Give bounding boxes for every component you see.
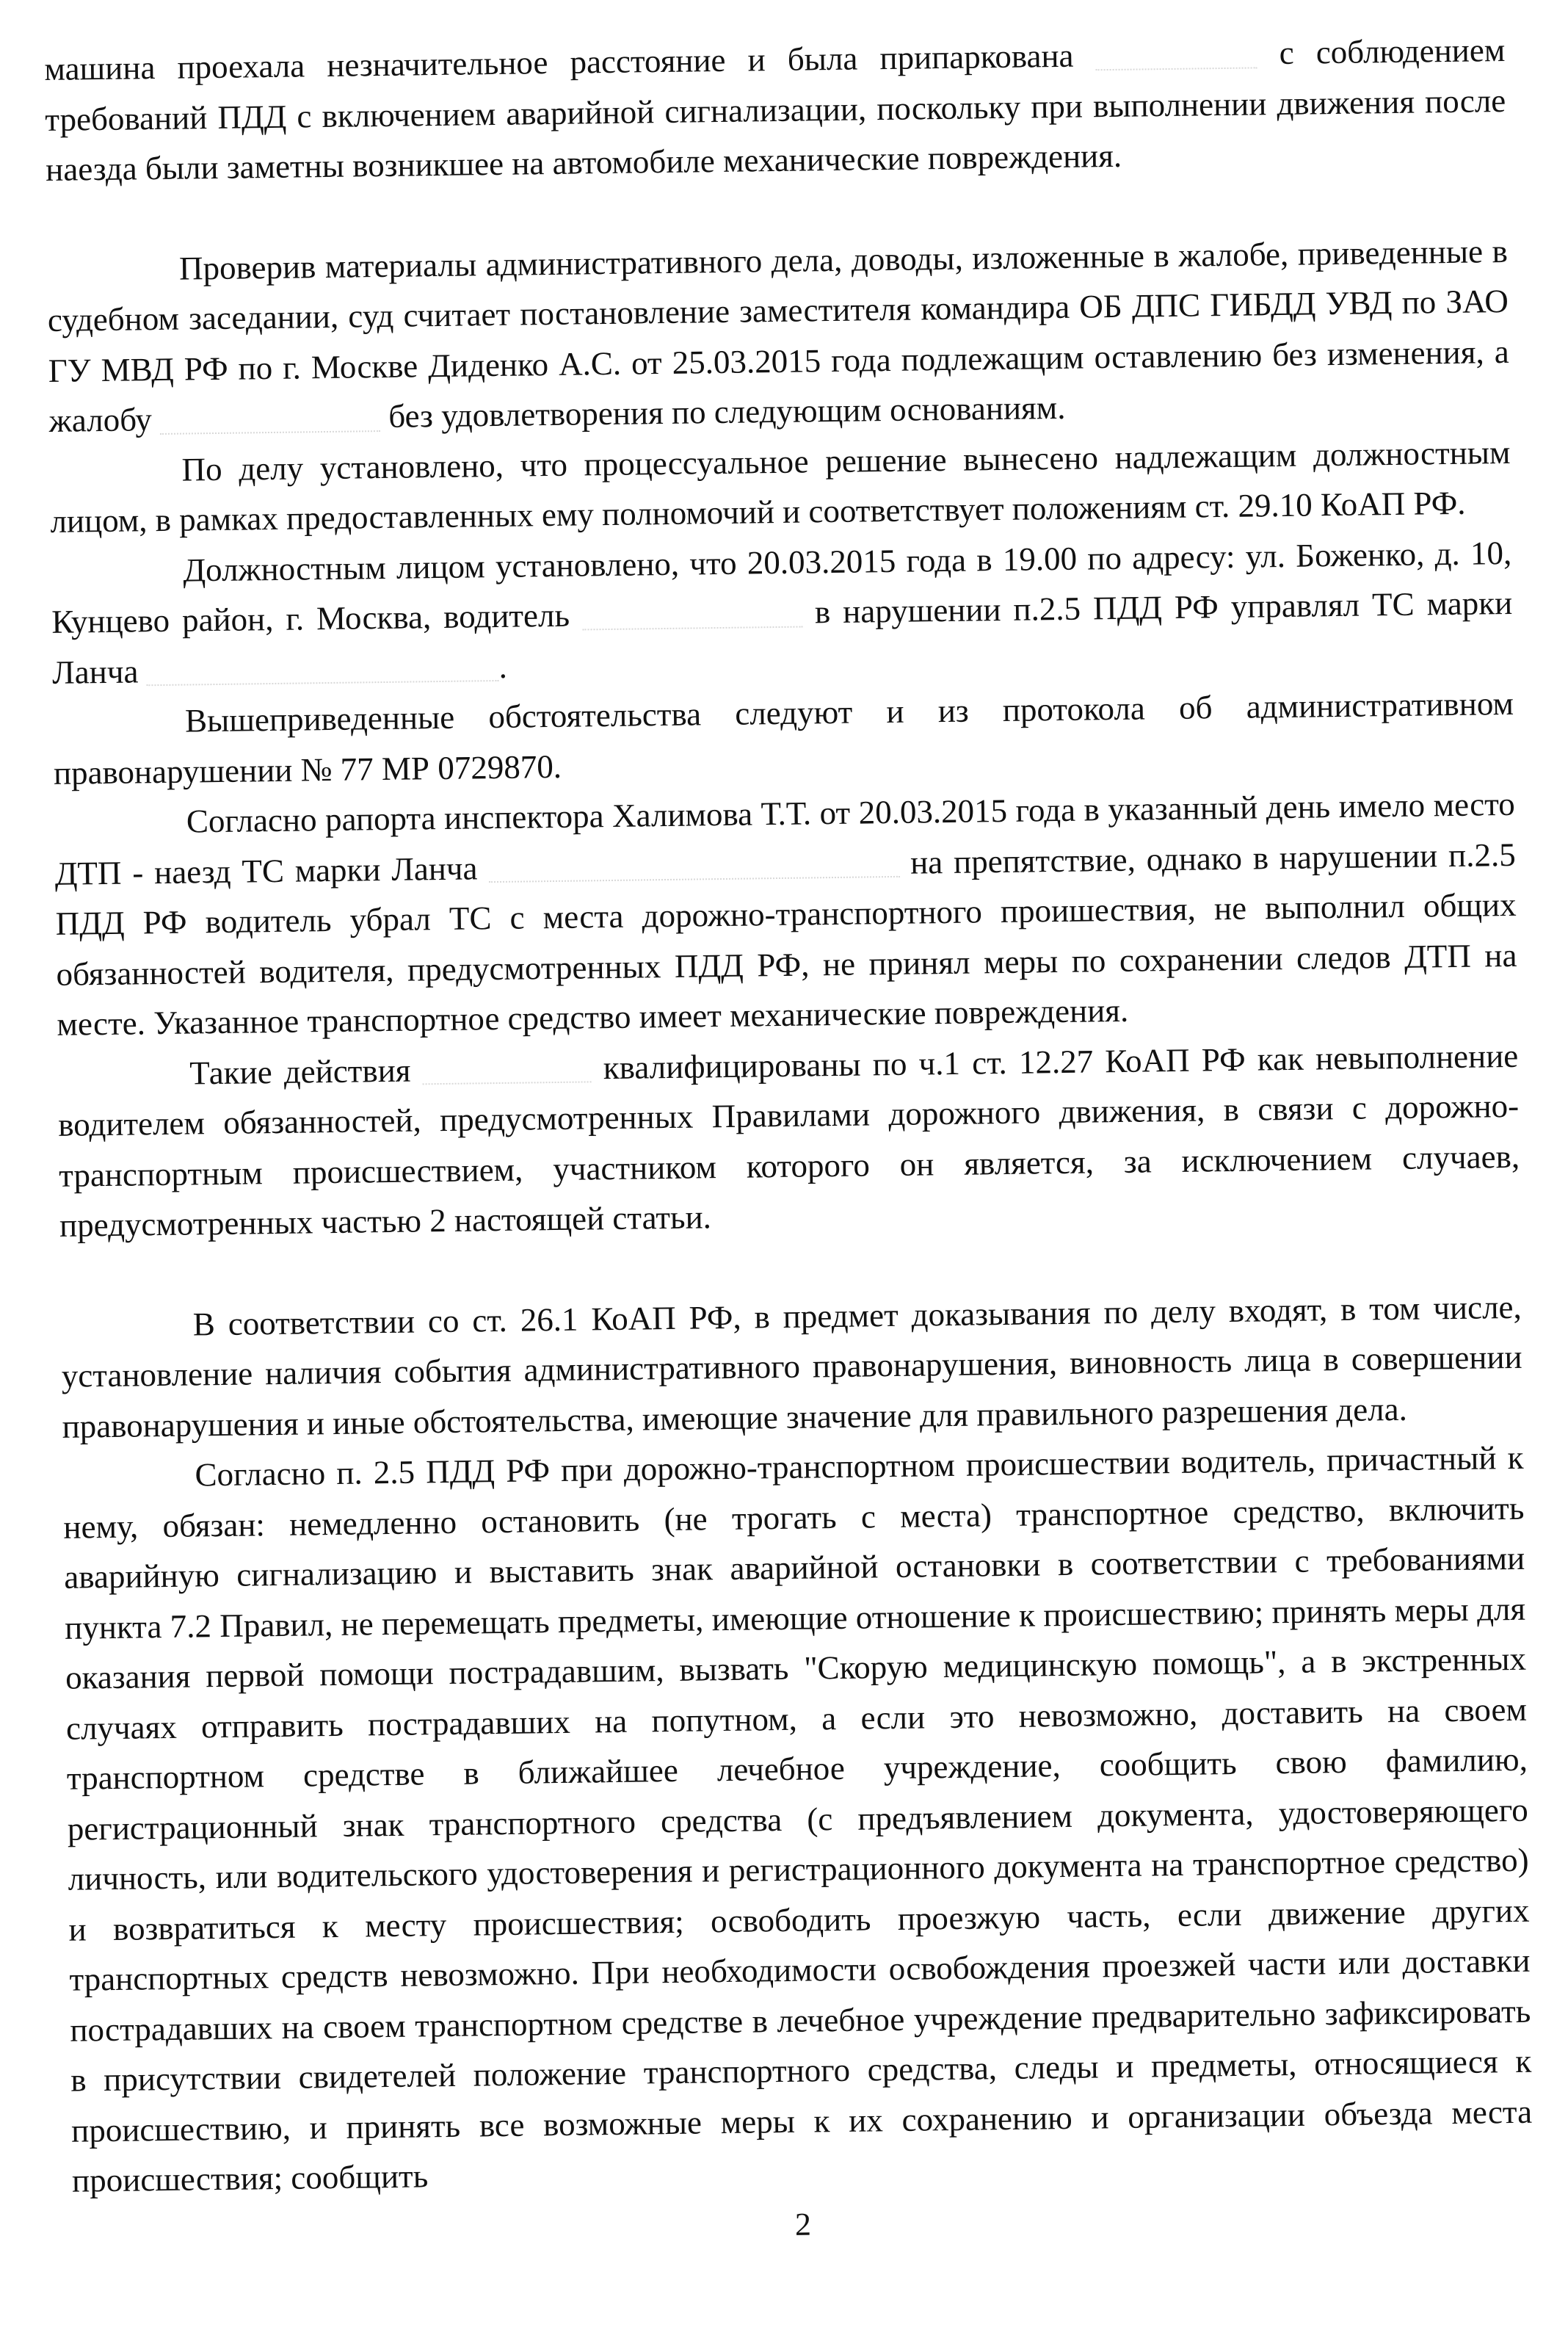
paragraph: Проверив материалы административного дел… xyxy=(47,225,1510,446)
redacted-text xyxy=(422,1060,591,1085)
paragraph: Согласно рапорта инспектора Халимова Т.Т… xyxy=(54,779,1517,1050)
paragraph-text: машина проехала незначительное расстояни… xyxy=(44,37,1096,87)
paragraph-text: Такие действия xyxy=(189,1052,423,1091)
paragraph: В соответствии со ст. 26.1 КоАП РФ, в пр… xyxy=(60,1281,1523,1452)
paragraph-text: Вышеприведенные обстоятельства следуют и… xyxy=(54,685,1514,792)
paragraph-text: . xyxy=(498,648,507,684)
document-body: машина проехала незначительное расстояни… xyxy=(44,25,1533,2206)
paragraph-text: В соответствии со ст. 26.1 КоАП РФ, в пр… xyxy=(61,1288,1522,1444)
paragraph-text: По делу установлено, что процессуальное … xyxy=(50,433,1511,540)
paragraph: Такие действия квалифицированы по ч.1 ст… xyxy=(57,1030,1520,1251)
paragraph: По делу установлено, что процессуальное … xyxy=(49,427,1511,546)
paragraph-text: без удовлетворения по следующим основани… xyxy=(380,389,1066,435)
redacted-text xyxy=(488,854,899,883)
paragraph-text: Согласно п. 2.5 ПДД РФ при дорожно-транс… xyxy=(63,1439,1532,2199)
document-page: машина проехала незначительное расстояни… xyxy=(44,25,1533,2259)
paragraph: машина проехала незначительное расстояни… xyxy=(44,25,1507,195)
redacted-text xyxy=(582,604,802,630)
redacted-text xyxy=(146,658,498,686)
redacted-text xyxy=(160,408,380,435)
redacted-text xyxy=(1095,45,1257,70)
paragraph: Согласно п. 2.5 ПДД РФ при дорожно-транс… xyxy=(62,1433,1533,2206)
paragraph: Должностным лицом установлено, что 20.03… xyxy=(51,527,1514,698)
paragraph: Вышеприведенные обстоятельства следуют и… xyxy=(53,678,1515,798)
